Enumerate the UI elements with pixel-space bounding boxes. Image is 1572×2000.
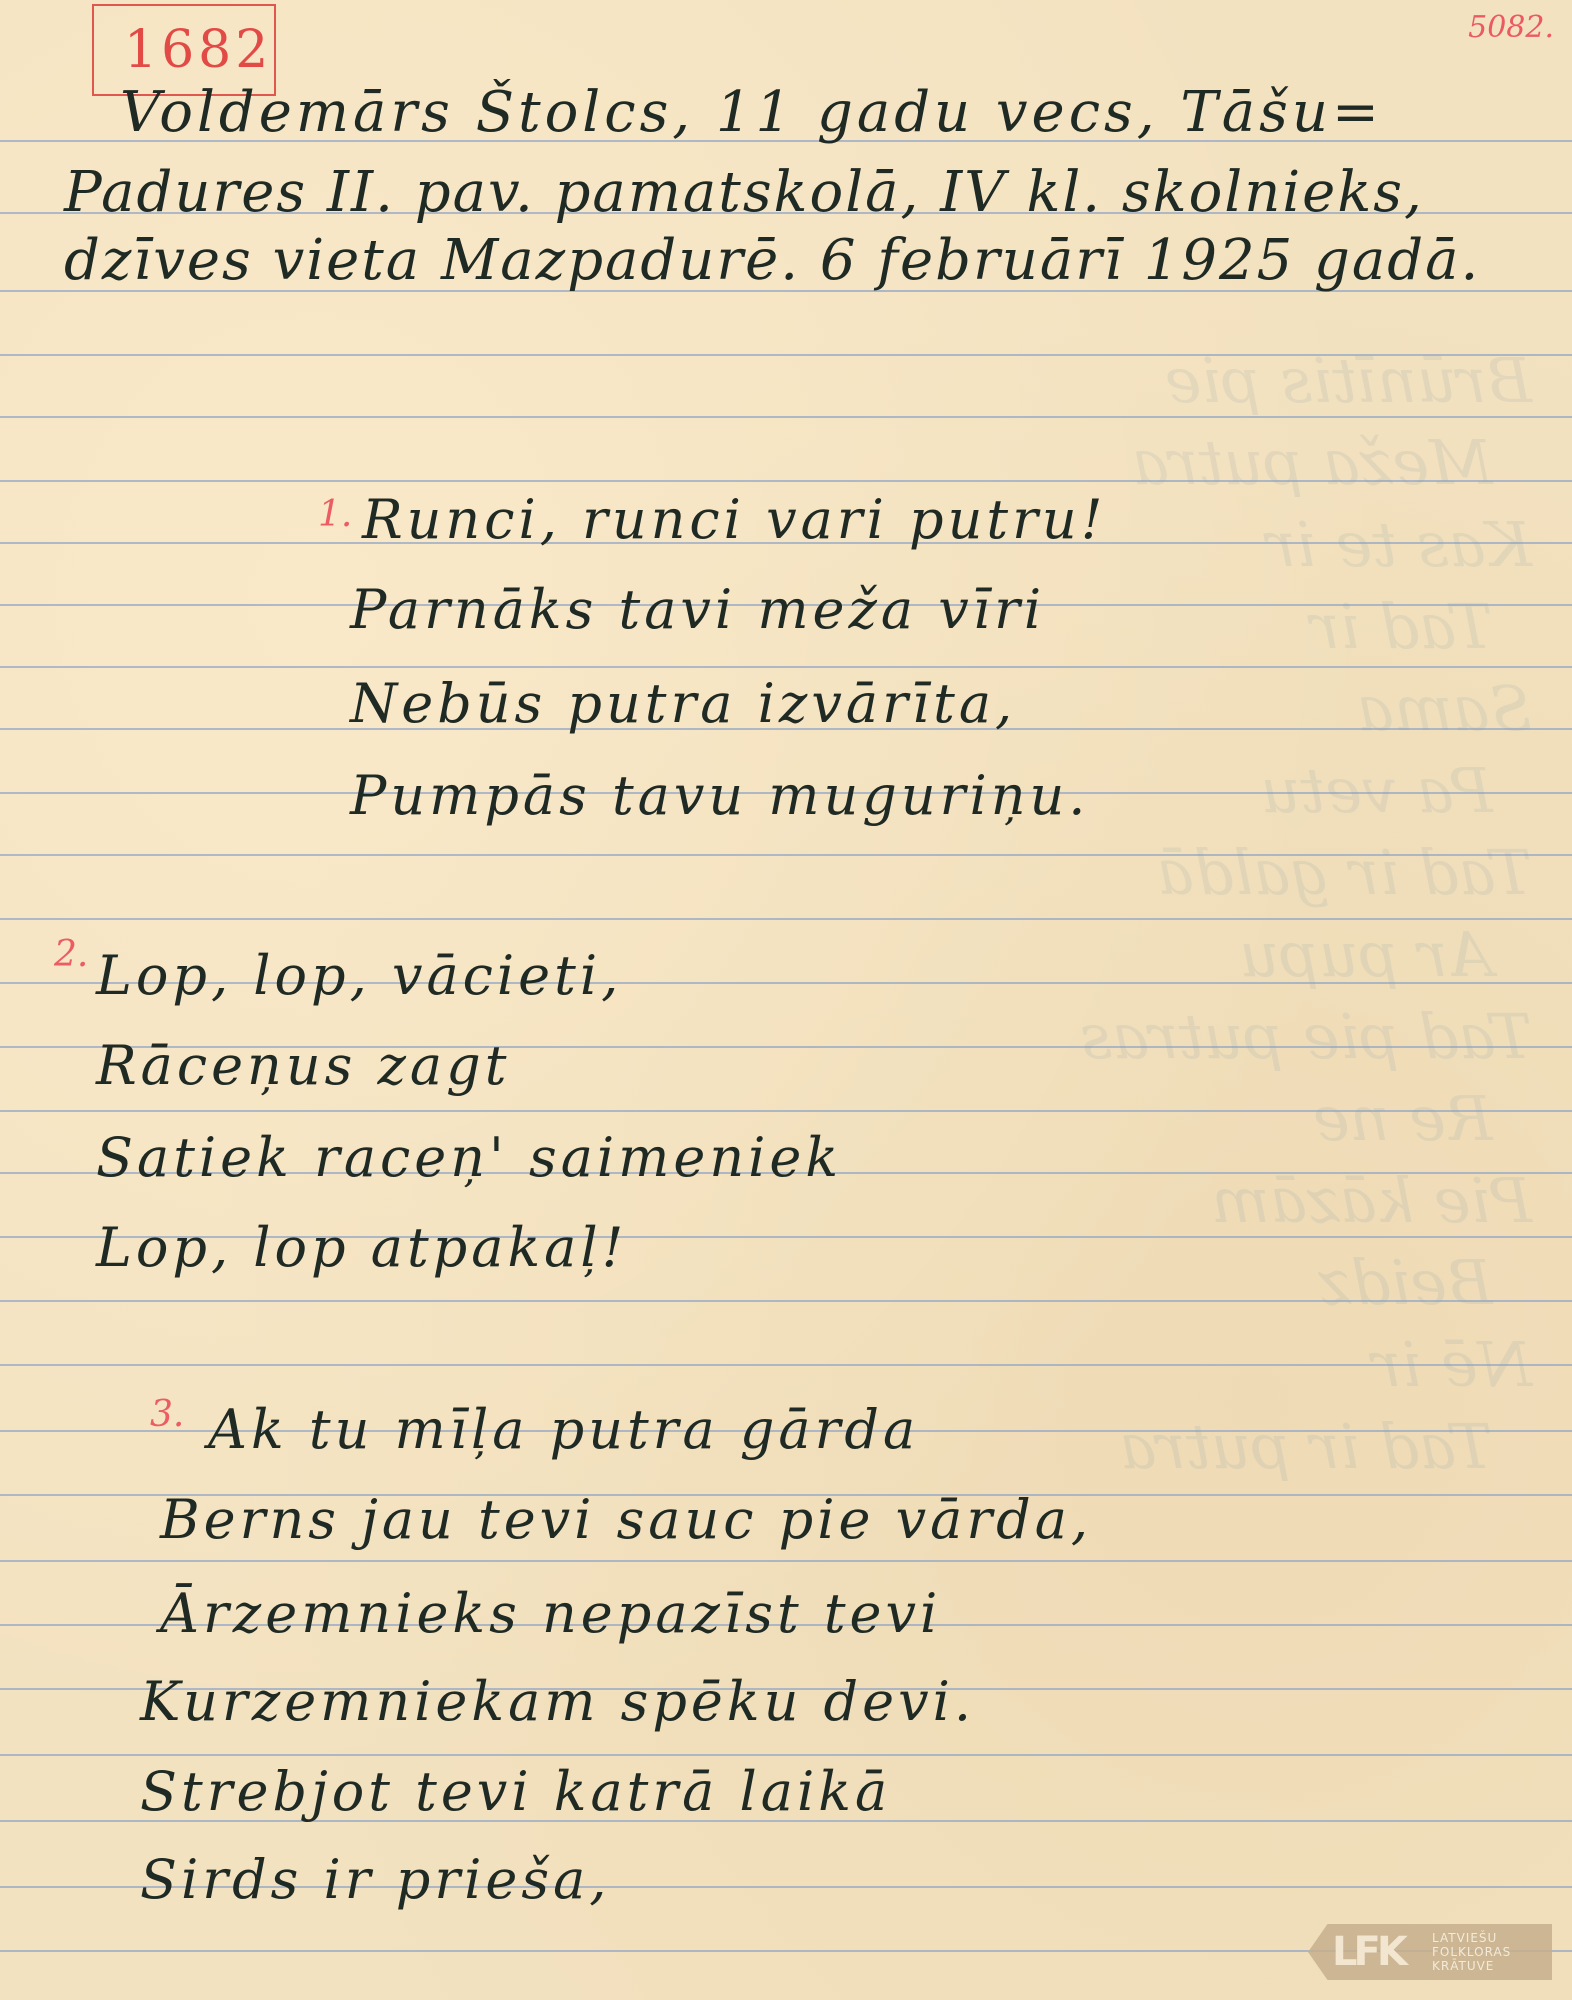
rule-line [0, 480, 1572, 482]
rule-line [0, 854, 1572, 856]
rule-line [0, 666, 1572, 668]
rule-line [0, 1560, 1572, 1562]
rule-line [0, 1300, 1572, 1302]
catalog-number: 1682 [124, 20, 272, 80]
archive-logo: LFK LATVIEŠU FOLKLORAS KRĀTUVE [1308, 1924, 1552, 1980]
page-number: 5082. [1468, 10, 1554, 45]
verse-2-line-4: Lop, lop atpakaļ! [96, 1216, 627, 1279]
rule-line [0, 354, 1572, 356]
verse-3-line-1: Ak tu mīļa putra gārda [208, 1398, 919, 1461]
logo-line-3: KRĀTUVE [1432, 1959, 1511, 1973]
verse-1-line-3: Nebūs putra izvārīta, [350, 672, 1016, 735]
rule-line [0, 918, 1572, 920]
verse-1-line-4: Pumpās tavu muguriņu. [350, 764, 1089, 827]
verse-1-line-2: Parnāks tavi meža vīri [350, 578, 1045, 641]
header-line-2: Padures II. pav. pamatskolā, IV kl. skol… [64, 160, 1424, 225]
verse-3-line-3: Ārzemnieks nepazīst tevi [160, 1582, 941, 1645]
verse-3-line-4: Kurzemniekam spēku devi. [140, 1670, 975, 1733]
verse-3-line-6: Sirds ir prieša, [140, 1848, 610, 1911]
rule-line [0, 416, 1572, 418]
verse-3-line-5: Strebjot tevi katrā laikā [140, 1760, 891, 1823]
header-line-3: dzīves vieta Mazpadurē. 6 februārī 1925 … [64, 228, 1480, 293]
verse-number-2: 2. [54, 934, 88, 975]
rule-line [0, 1754, 1572, 1756]
rule-line [0, 1110, 1572, 1112]
verse-2-line-3: Satiek raceņ' saimeniek [96, 1126, 842, 1189]
logo-text: LATVIEŠU FOLKLORAS KRĀTUVE [1432, 1931, 1511, 1973]
lfk-logo-icon: LFK [1308, 1929, 1432, 1975]
verse-2-line-2: Rāceņus zagt [96, 1034, 510, 1097]
verse-number-3: 3. [150, 1394, 184, 1435]
logo-line-1: LATVIEŠU [1432, 1931, 1511, 1945]
verse-number-1: 1. [318, 494, 352, 535]
bleed-through-text: Brūnītis pie Meža putra Kas te ir Tad ir… [1062, 340, 1532, 1840]
verse-3-line-2: Berns jau tevi sauc pie vārda, [160, 1488, 1092, 1551]
verse-1-line-1: Runci, runci vari putru! [362, 488, 1106, 551]
header-line-1: Voldemārs Štolcs, 11 gadu vecs, Tāšu= [120, 80, 1383, 145]
rule-line [0, 1364, 1572, 1366]
logo-line-2: FOLKLORAS [1432, 1945, 1511, 1959]
verse-2-line-1: Lop, lop, vācieti, [96, 944, 622, 1007]
